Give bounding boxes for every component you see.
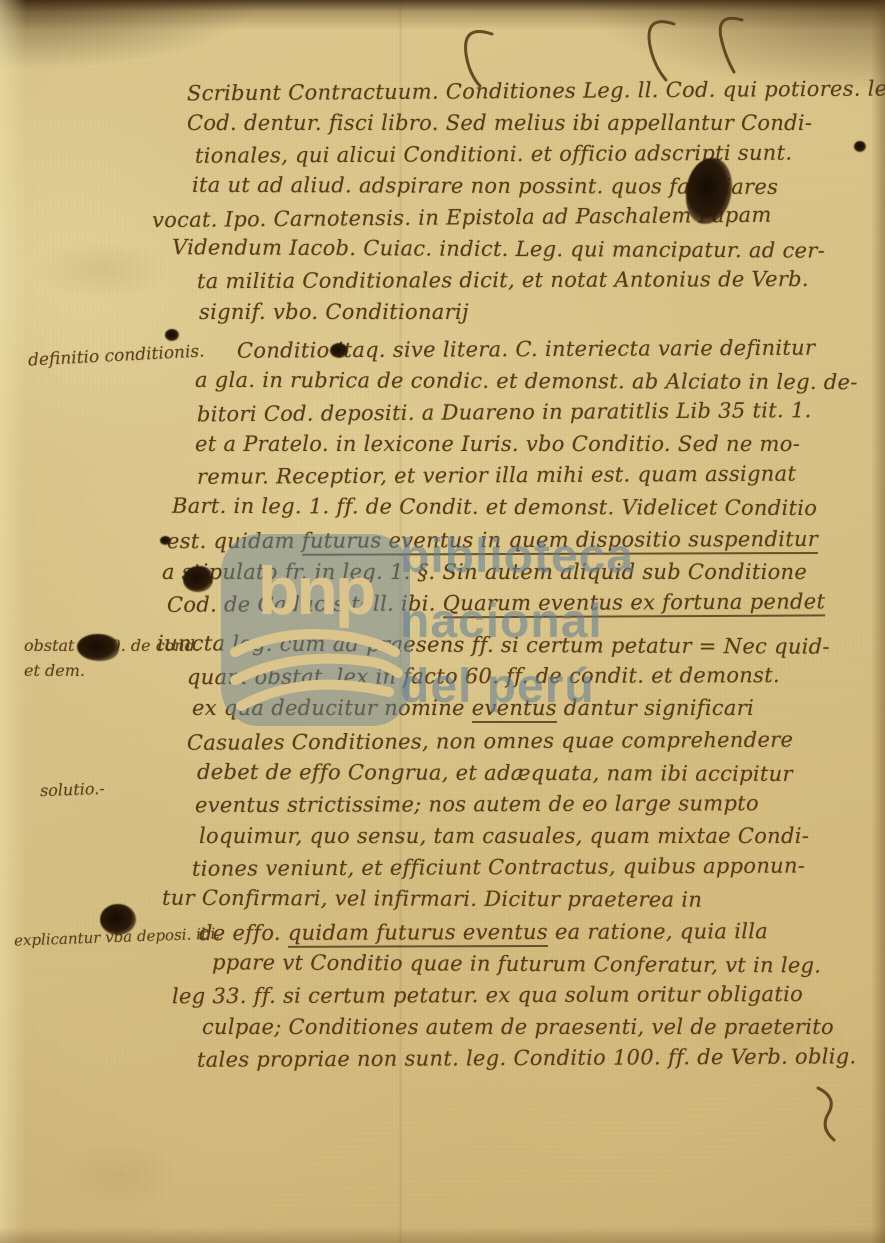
- manuscript-line: quam obstat. lex in facto 60. ff. de con…: [187, 660, 867, 694]
- manuscript-page: Scribunt Contractuum. Conditiones Leg. l…: [0, 0, 885, 1243]
- page-edge-shadow-bottom: [0, 1227, 885, 1243]
- text-segment: ex qua deducitur nomine: [192, 696, 472, 720]
- paper-stain: [30, 240, 170, 300]
- text-segment: Conditio itaq. sive litera. C. interiect…: [237, 336, 815, 363]
- manuscript-line: culpae; Conditiones autem de praesenti, …: [202, 1012, 867, 1044]
- manuscript-line: de effo. quidam futurus eventus ea ratio…: [199, 916, 867, 950]
- ink-blot: [165, 329, 179, 341]
- manuscript-line: tales propriae non sunt. leg. Conditio 1…: [197, 1041, 867, 1076]
- text-segment: tiones veniunt, et efficiunt Contractus,…: [192, 854, 805, 881]
- manuscript-line: iuncta leg. cum ad praesens ff. si certu…: [157, 628, 867, 663]
- text-segment: leg 33. ff. si certum petatur. ex qua so…: [172, 982, 803, 1008]
- manuscript-line: tiones veniunt, et efficiunt Contractus,…: [192, 850, 867, 885]
- text-segment: ea ratione, quia illa: [548, 919, 768, 944]
- text-segment: bitori Cod. depositi. a Duareno in parat…: [197, 398, 812, 426]
- manuscript-line: signif. vbo. Conditionarij: [199, 297, 867, 329]
- manuscript-line: tionales, qui alicui Conditioni. et offi…: [195, 137, 867, 172]
- margin-note: et dem.: [24, 661, 85, 680]
- manuscript-line: Scribunt Contractuum. Conditiones Leg. l…: [187, 74, 867, 110]
- text-segment: Casuales Conditiones, non omnes quae com…: [187, 728, 793, 755]
- text-segment: ppare vt Conditio quae in futurum Confer…: [212, 950, 821, 977]
- margin-note: obstat L. 60. de cond.: [24, 636, 200, 655]
- text-segment: Cod. de Caducis toll. ibi.: [167, 591, 443, 616]
- text-segment: a gla. in rubrica de condic. et demonst.…: [195, 367, 858, 393]
- underlined-phrase: futurus eventus in quem dispositio suspe…: [302, 527, 818, 556]
- text-segment: signif. vbo. Conditionarij: [199, 300, 469, 324]
- manuscript-line: et a Pratelo. in lexicone Iuris. vbo Con…: [195, 429, 867, 461]
- margin-note: solutio.-: [40, 779, 105, 800]
- text-segment: remur. Receptior, et verior illa mihi es…: [197, 462, 796, 489]
- text-segment: eventus strictissime; nos autem de eo la…: [195, 791, 759, 817]
- manuscript-line: bitori Cod. depositi. a Duareno in parat…: [197, 395, 867, 431]
- manuscript-text: Scribunt Contractuum. Conditiones Leg. l…: [187, 76, 867, 1075]
- manuscript-line: tur Confirmari, vel infirmari. Dicitur p…: [162, 882, 867, 916]
- text-segment: Cod. dentur. fisci libro. Sed melius ibi…: [187, 111, 812, 135]
- text-segment: culpae; Conditiones autem de praesenti, …: [202, 1015, 834, 1039]
- page-edge-shadow-top: [0, 0, 885, 30]
- text-segment: tionales, qui alicui Conditioni. et offi…: [195, 141, 792, 168]
- underlined-phrase: quidam futurus eventus: [288, 920, 548, 948]
- manuscript-line: Cod. de Caducis toll. ibi. Quarum eventu…: [167, 586, 867, 621]
- text-segment: Scribunt Contractuum. Conditiones Leg. l…: [187, 76, 885, 105]
- manuscript-line: leg 33. ff. si certum petatur. ex qua so…: [172, 979, 867, 1013]
- text-segment: est. quidam: [167, 529, 302, 553]
- text-segment: quam obstat. lex in facto 60. ff. de con…: [187, 663, 780, 689]
- manuscript-line: ex qua deducitur nomine eventus dantur s…: [192, 693, 867, 725]
- manuscript-line: ita ut ad aliud. adspirare non possint. …: [192, 169, 867, 203]
- manuscript-line: loquimur, quo sensu, tam casuales, quam …: [199, 821, 867, 853]
- text-segment: et a Pratelo. in lexicone Iuris. vbo Con…: [195, 432, 800, 456]
- manuscript-line: Casuales Conditiones, non omnes quae com…: [187, 724, 867, 759]
- manuscript-line: debet de effo Congrua, et adæquata, nam …: [197, 756, 867, 790]
- text-segment: tales propriae non sunt. leg. Conditio 1…: [197, 1044, 857, 1071]
- page-corner-shadow: [0, 0, 260, 70]
- manuscript-line: remur. Receptior, et verior illa mihi es…: [197, 458, 867, 493]
- text-segment: Videndum Iacob. Cuiac. indict. Leg. qui …: [172, 235, 825, 262]
- text-segment: Bart. in leg. 1. ff. de Condit. et demon…: [172, 493, 817, 519]
- manuscript-line: eventus strictissime; nos autem de eo la…: [195, 788, 867, 822]
- text-segment: dantur significari: [557, 696, 754, 720]
- page-edge-light: [0, 0, 26, 1243]
- manuscript-line: vocat. Ipo. Carnotensis. in Epistola ad …: [152, 199, 867, 237]
- paper-stain: [60, 1140, 180, 1210]
- manuscript-line: Cod. dentur. fisci libro. Sed melius ibi…: [187, 108, 867, 140]
- page-edge-shadow-right: [871, 0, 885, 1243]
- text-segment: iuncta leg. cum ad praesens ff. si certu…: [157, 631, 830, 659]
- margin-note: definitio conditionis.: [28, 341, 205, 370]
- manuscript-line: ppare vt Conditio quae in futurum Confer…: [212, 947, 867, 982]
- underlined-phrase: eventus: [472, 696, 557, 723]
- manuscript-line: a stipulato fr. in leg. 1. §. Sin autem …: [162, 557, 867, 589]
- text-segment: a stipulato fr. in leg. 1. §. Sin autem …: [162, 560, 807, 584]
- text-segment: loquimur, quo sensu, tam casuales, quam …: [199, 824, 809, 848]
- text-segment: vocat. Ipo. Carnotensis. in Epistola ad …: [152, 203, 772, 232]
- text-segment: ita ut ad aliud. adspirare non possint. …: [192, 172, 778, 198]
- text-segment: ta militia Conditionales dicit, et notat…: [197, 267, 809, 293]
- manuscript-line: ta militia Conditionales dicit, et notat…: [197, 264, 867, 298]
- manuscript-line: Bart. in leg. 1. ff. de Condit. et demon…: [172, 490, 867, 524]
- text-segment: tur Confirmari, vel infirmari. Dicitur p…: [162, 885, 702, 911]
- manuscript-line: a gla. in rubrica de condic. et demonst.…: [195, 364, 867, 398]
- manuscript-line: est. quidam futurus eventus in quem disp…: [167, 524, 867, 558]
- manuscript-line: Conditio itaq. sive litera. C. interiect…: [237, 332, 867, 367]
- text-segment: debet de effo Congrua, et adæquata, nam …: [197, 759, 793, 785]
- underlined-phrase: Quarum eventus ex fortuna pendet: [443, 589, 826, 618]
- manuscript-line: Videndum Iacob. Cuiac. indict. Leg. qui …: [172, 232, 867, 267]
